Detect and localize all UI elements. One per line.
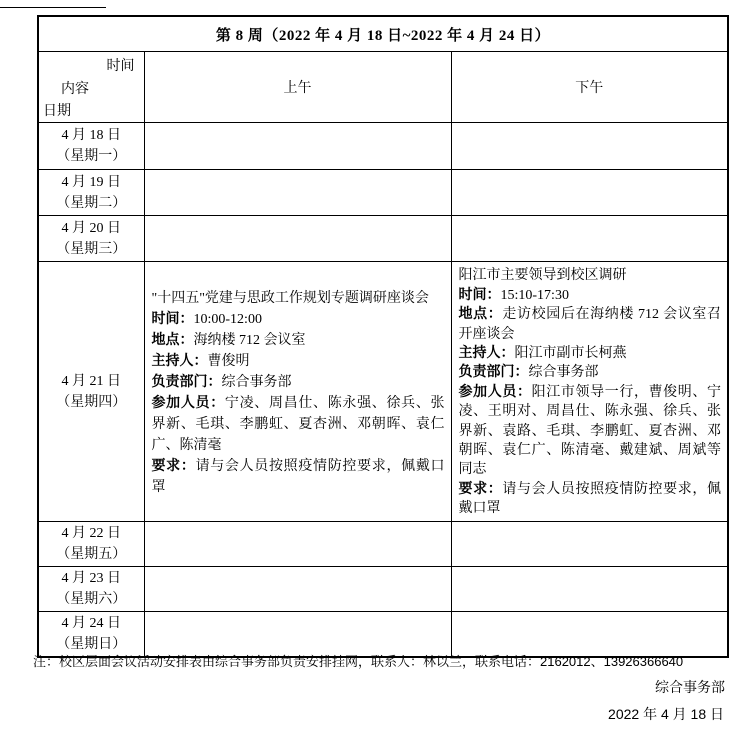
date-label: 4 月 24 日: [39, 613, 144, 634]
footer-note: 注：校区层面会议活动安排表由综合事务部负责安排挂网，联系人：林以兰，联系电话：2…: [33, 651, 683, 670]
date-cell: 4 月 20 日 （星期三）: [38, 216, 144, 262]
schedule-cell-morning-empty: [144, 170, 451, 216]
footer-department: 综合事务部: [655, 677, 725, 697]
event-field: 参加人员：宁凌、周昌仕、陈永强、徐兵、张界新、毛琪、李鹏虹、夏杏洲、邓朝晖、袁仁…: [152, 393, 445, 456]
schedule-cell-afternoon-empty: [451, 216, 728, 262]
date-label: 4 月 20 日: [39, 218, 144, 239]
week-label: （星期五）: [39, 544, 144, 565]
week-label: （星期三）: [39, 239, 144, 260]
corner-header: 时间 内容 日期: [38, 52, 144, 123]
event-field: 要求：请与会人员按照疫情防控要求，佩戴口罩: [152, 456, 445, 498]
field-label: 负责部门：: [459, 365, 529, 380]
event-title: "十四五"党建与思政工作规划专题调研座谈会: [152, 288, 445, 309]
field-label: 要求：: [152, 459, 196, 474]
corner-label-date: 日期: [43, 100, 71, 120]
column-header-morning: 上午: [144, 52, 451, 123]
event-field: 负责部门：综合事务部: [459, 363, 722, 382]
footer-date: 2022 年 4 月 18 日: [608, 704, 724, 724]
date-cell: 4 月 23 日 （星期六）: [38, 567, 144, 612]
event-field: 参加人员：阳江市领导一行，曹俊明、宁凌、王明对、周昌仕、陈永强、徐兵、张界新、袁…: [459, 383, 722, 480]
event-field: 要求：请与会人员按照疫情防控要求，佩戴口罩: [459, 480, 722, 519]
field-value: 海纳楼 712 会议室: [194, 333, 306, 348]
date-label: 4 月 19 日: [39, 172, 144, 193]
field-label: 时间：: [152, 312, 194, 327]
date-cell: 4 月 22 日 （星期五）: [38, 522, 144, 567]
field-label: 要求：: [459, 482, 503, 497]
column-header-afternoon: 下午: [451, 52, 728, 123]
table-row: 4 月 19 日 （星期二）: [38, 170, 728, 216]
schedule-cell-morning-empty: [144, 216, 451, 262]
schedule-cell-afternoon-empty: [451, 123, 728, 170]
date-cell: 4 月 19 日 （星期二）: [38, 170, 144, 216]
schedule-cell-afternoon-empty: [451, 567, 728, 612]
date-label: 4 月 21 日: [39, 371, 144, 392]
event-field: 地点：海纳楼 712 会议室: [152, 330, 445, 351]
week-label: （星期六）: [39, 589, 144, 610]
field-value: 请与会人员按照疫情防控要求，佩戴口罩: [152, 459, 445, 495]
table-row: 4 月 18 日 （星期一）: [38, 123, 728, 170]
field-label: 时间：: [459, 288, 501, 303]
field-label: 参加人员：: [152, 396, 225, 411]
table-title: 第 8 周（2022 年 4 月 18 日~2022 年 4 月 24 日）: [38, 16, 728, 52]
field-value: 曹俊明: [208, 354, 250, 369]
schedule-cell-morning: "十四五"党建与思政工作规划专题调研座谈会 时间：10:00-12:00 地点：…: [144, 262, 451, 522]
corner-label-content: 内容: [61, 78, 89, 98]
table-row: 4 月 23 日 （星期六）: [38, 567, 728, 612]
week-label: （星期二）: [39, 193, 144, 214]
schedule-cell-afternoon-empty: [451, 170, 728, 216]
date-label: 4 月 18 日: [39, 125, 144, 146]
date-label: 4 月 23 日: [39, 568, 144, 589]
event-field: 主持人：阳江市副市长柯燕: [459, 344, 722, 363]
schedule-cell-morning-empty: [144, 522, 451, 567]
week-label: （星期四）: [39, 392, 144, 413]
date-cell: 4 月 21 日 （星期四）: [38, 262, 144, 522]
schedule-cell-afternoon-empty: [451, 522, 728, 567]
event-field: 时间：10:00-12:00: [152, 309, 445, 330]
date-cell: 4 月 18 日 （星期一）: [38, 123, 144, 170]
top-edge-line: [0, 7, 106, 8]
week-label: （星期一）: [39, 146, 144, 167]
field-label: 负责部门：: [152, 375, 222, 390]
field-value: 阳江市副市长柯燕: [515, 346, 627, 361]
field-label: 地点：: [459, 307, 503, 322]
event-field: 地点：走访校园后在海纳楼 712 会议室召开座谈会: [459, 305, 722, 344]
schedule-cell-afternoon: 阳江市主要领导到校区调研 时间：15:10-17:30 地点：走访校园后在海纳楼…: [451, 262, 728, 522]
table-row: 4 月 21 日 （星期四） "十四五"党建与思政工作规划专题调研座谈会 时间：…: [38, 262, 728, 522]
event-title: 阳江市主要领导到校区调研: [459, 266, 722, 285]
event-field: 主持人：曹俊明: [152, 351, 445, 372]
field-label: 主持人：: [459, 346, 515, 361]
event-field: 负责部门：综合事务部: [152, 372, 445, 393]
field-label: 主持人：: [152, 354, 208, 369]
field-value: 15:10-17:30: [501, 288, 569, 303]
field-value: 综合事务部: [222, 375, 292, 390]
field-label: 参加人员：: [459, 385, 532, 400]
table-row: 4 月 22 日 （星期五）: [38, 522, 728, 567]
field-value: 综合事务部: [529, 365, 599, 380]
field-label: 地点：: [152, 333, 194, 348]
corner-label-time: 时间: [107, 55, 135, 75]
schedule-cell-morning-empty: [144, 123, 451, 170]
event-field: 时间：15:10-17:30: [459, 286, 722, 305]
field-value: 10:00-12:00: [194, 312, 262, 327]
schedule-cell-morning-empty: [144, 567, 451, 612]
weekly-schedule-table: 第 8 周（2022 年 4 月 18 日~2022 年 4 月 24 日） 时…: [37, 15, 729, 658]
table-row: 4 月 20 日 （星期三）: [38, 216, 728, 262]
date-label: 4 月 22 日: [39, 523, 144, 544]
